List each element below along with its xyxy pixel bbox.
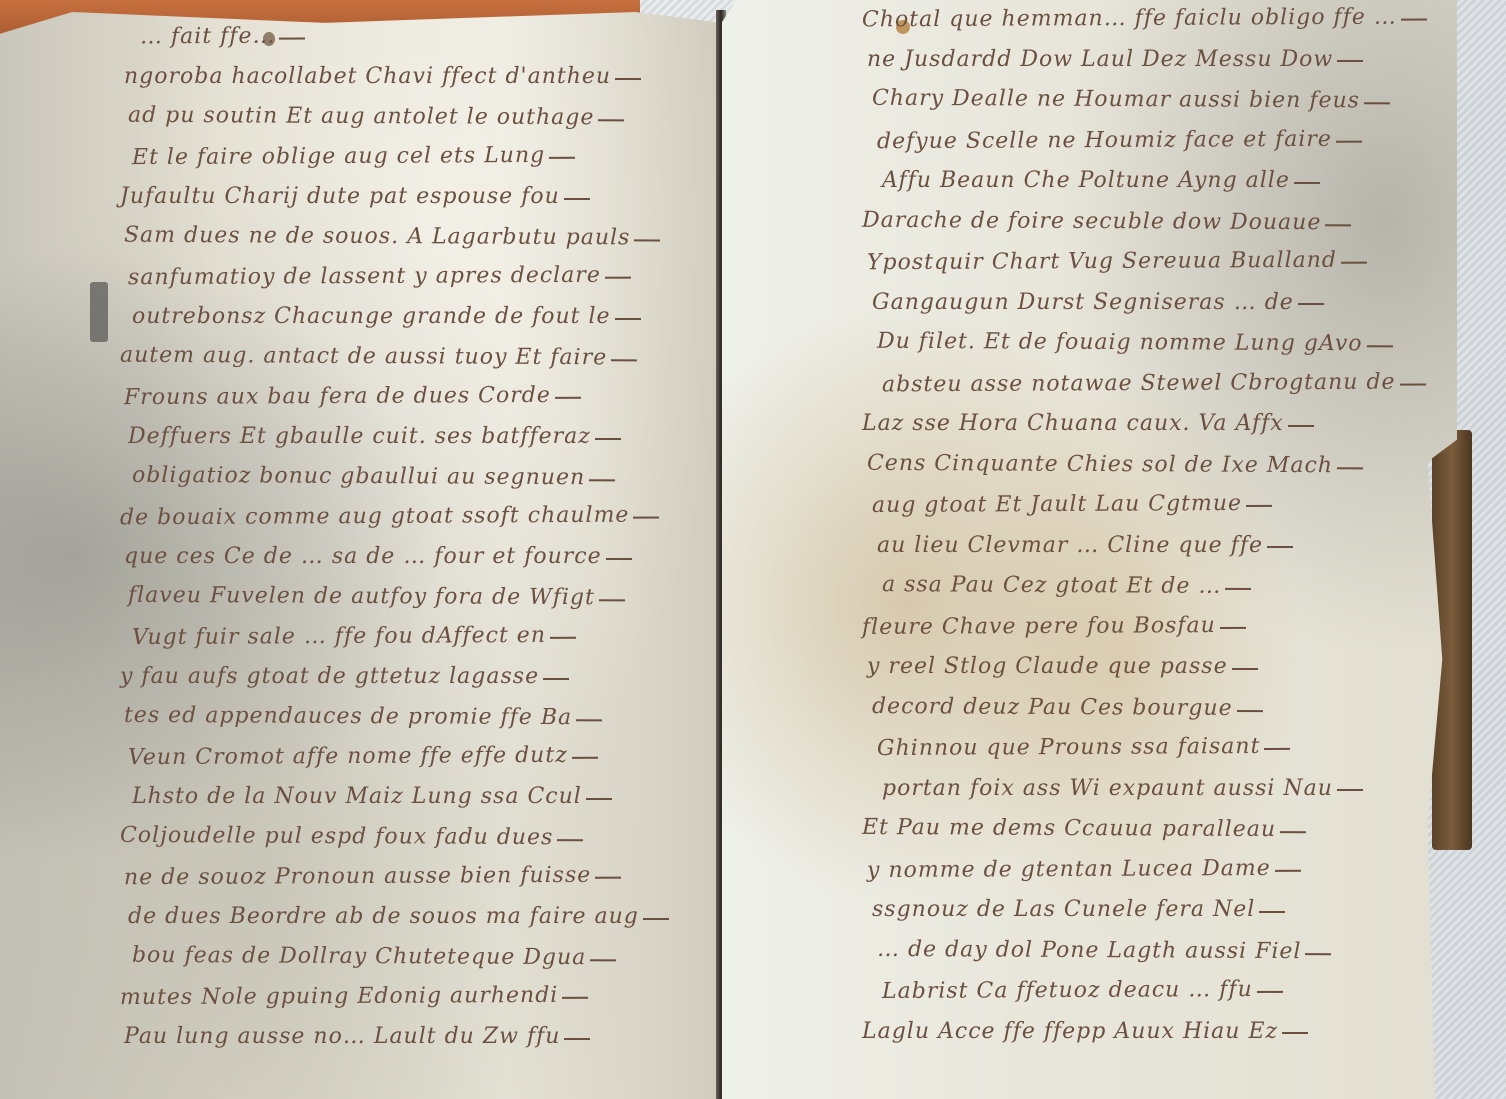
manuscript-line: flaveu Fuvelen de autfoy fora de Wfigt: [128, 583, 595, 610]
manuscript-line: y fau aufs gtoat de gttetuz lagasse: [120, 664, 539, 689]
manuscript-line: Et Pau me dems Ccauua paralleau: [862, 815, 1276, 842]
manuscript-line: Cens Cinquante Chies sol de Ixe Mach: [867, 450, 1333, 477]
manuscript-line: de bouaix comme aug gtoat ssoft chaulme: [120, 503, 630, 531]
manuscript-line: outrebonsz Chacunge grande de fout le: [132, 304, 611, 329]
manuscript-line: au lieu Clevmar … Cline que ffe: [877, 533, 1263, 558]
damage-mark: [90, 282, 108, 342]
manuscript-line: obligatioz bonuc gbaullui au segnuen: [132, 463, 585, 490]
manuscript-line: Chary Dealle ne Houmar aussi bien feus: [872, 86, 1360, 114]
manuscript-line: Et le faire oblige aug cel ets Lung: [132, 143, 545, 170]
manuscript-line: Chotal que hemman… ffe faiclu obligo ffe…: [862, 5, 1397, 33]
manuscript-line: Lhsto de la Nouv Maiz Lung ssa Ccul: [132, 784, 582, 809]
manuscript-line: decord deuz Pau Ces bourgue: [872, 694, 1233, 721]
manuscript-line: Affu Beaun Che Poltune Ayng alle: [882, 168, 1290, 193]
manuscript-line: Laz sse Hora Chuana caux. Va Affx: [862, 411, 1284, 436]
manuscript-line: de dues Beordre ab de souos ma faire aug: [128, 904, 639, 929]
manuscript-line: Veun Cromot affe nome ffe effe dutz: [128, 743, 568, 770]
manuscript-line: Pau lung ausse no… Lault du Zw ffu: [124, 1024, 560, 1049]
manuscript-line: Frouns aux bau fera de dues Corde: [124, 383, 551, 410]
manuscript-line: … fait ffe…: [140, 24, 276, 50]
manuscript-line: autem aug. antact de aussi tuoy Et faire: [120, 343, 607, 371]
manuscript-line: Ypostquir Chart Vug Sereuua Bualland: [867, 248, 1337, 275]
manuscript-line: defyue Scelle ne Houmiz face et faire: [877, 126, 1332, 153]
right-manuscript-page: Chotal que hemman… ffe faiclu obligo ffe…: [722, 0, 1457, 1099]
manuscript-line: Labrist Ca ffetuoz deacu … ffu: [882, 977, 1253, 1004]
manuscript-line: tes ed appendauces de promie ffe Ba: [124, 703, 572, 730]
manuscript-line: Jufaultu Charij dute pat espouse fou: [120, 184, 560, 209]
manuscript-line: ad pu soutin Et aug antolet le outhage: [128, 103, 595, 130]
manuscript-line: ngoroba hacollabet Chavi ffect d'antheu: [124, 64, 611, 89]
manuscript-line: Darache de foire secuble dow Douaue: [862, 207, 1322, 234]
left-manuscript-page: … fait ffe…ngoroba hacollabet Chavi ffec…: [0, 12, 722, 1099]
manuscript-line: ne de souoz Pronoun ausse bien fuisse: [124, 863, 591, 890]
manuscript-line: mutes Nole gpuing Edonig aurhendi: [120, 983, 558, 1010]
manuscript-line: sanfumatioy de lassent y apres declare: [128, 263, 601, 290]
manuscript-line: absteu asse notawae Stewel Cbrogtanu de: [882, 369, 1396, 397]
manuscript-line: Ghinnou que Prouns ssa faisant: [877, 734, 1261, 761]
manuscript-line: … de day dol Pone Lagth aussi Fiel: [877, 936, 1302, 963]
manuscript-line: Coljoudelle pul espd foux fadu dues: [120, 823, 553, 850]
manuscript-line: Sam dues ne de souos. A Lagarbutu pauls: [124, 223, 630, 251]
manuscript-line: y nomme de gtentan Lucea Dame: [867, 855, 1271, 882]
manuscript-line: a ssa Pau Cez gtoat Et de …: [882, 572, 1222, 599]
manuscript-line: Vugt fuir sale … ffe fou dAffect en: [132, 623, 546, 650]
manuscript-line: portan foix ass Wi expaunt aussi Nau: [882, 776, 1333, 801]
manuscript-line: bou feas de Dollray Chuteteque Dgua: [132, 943, 586, 970]
manuscript-line: Du filet. Et de fouaig nomme Lung gAvo: [877, 329, 1363, 357]
manuscript-line: Gangaugun Durst Segniseras … de: [872, 290, 1294, 315]
manuscript-line: que ces Ce de … sa de … four et fource: [124, 544, 602, 569]
manuscript-line: aug gtoat Et Jault Lau Cgtmue: [872, 491, 1242, 518]
manuscript-line: ssgnouz de Las Cunele fera Nel: [872, 897, 1255, 922]
manuscript-line: Deffuers Et gbaulle cuit. ses batfferaz: [128, 424, 591, 449]
manuscript-line: y reel Stlog Claude que passe: [867, 654, 1228, 679]
manuscript-line: fleure Chave pere fou Bosfau: [862, 613, 1216, 640]
manuscript-line: Laglu Acce ffe ffepp Auux Hiau Ez: [862, 1019, 1278, 1044]
manuscript-line: ne Jusdardd Dow Laul Dez Messu Dow: [867, 47, 1333, 72]
